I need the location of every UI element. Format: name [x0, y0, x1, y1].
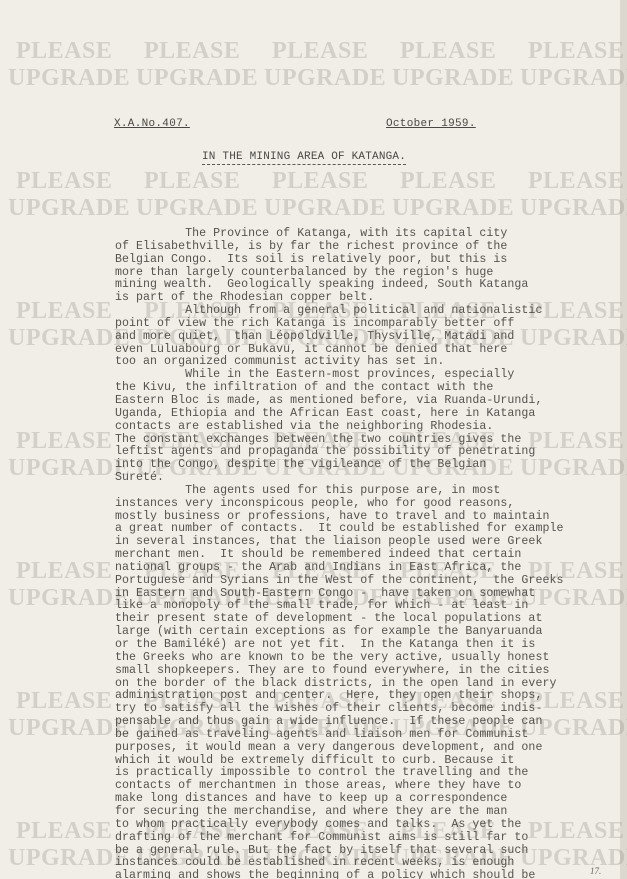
body-line: into the Congo, despite the vigileance o… [115, 459, 620, 472]
document-date: October 1959. [386, 118, 476, 130]
document-body: The Province of Katanga, with its capita… [115, 228, 620, 879]
body-line: of Elisabethville, is by far the richest… [115, 241, 620, 254]
body-line: Belgian Congo. Its soil is relatively po… [115, 254, 620, 267]
body-line: be gained as traveling agents and liaiso… [115, 729, 620, 742]
body-line: to whom practically everybody comes and … [115, 819, 620, 832]
body-line: pensable and thus gain a wide influence.… [115, 716, 620, 729]
body-line: drafting of the merchant for Communist a… [115, 832, 620, 845]
body-line: Portuguese and Syrians in the West of th… [115, 575, 620, 588]
body-line: contacts are established via the neighbo… [115, 421, 620, 434]
document-title: IN THE MINING AREA OF KATANGA. [202, 151, 406, 165]
document-content: X.A.No.407. October 1959. IN THE MINING … [0, 0, 620, 879]
body-line: Sureté. [115, 472, 620, 485]
body-line: Uganda, Ethiopia and the African East co… [115, 408, 620, 421]
body-line: alarming and shows the beginning of a po… [115, 870, 620, 879]
page-edge [620, 0, 627, 879]
page-number-mark: 17. [590, 866, 601, 876]
body-line: for securing the merchandise, and where … [115, 806, 620, 819]
body-line: small shopkeepers. They are to found eve… [115, 665, 620, 678]
body-line: instances very inconspicous people, who … [115, 498, 620, 511]
body-line: national groups - the Arab and Indians i… [115, 562, 620, 575]
body-line: point of view the rich Katanga is incomp… [115, 318, 620, 331]
body-line: Eastern Bloc is made, as mentioned befor… [115, 395, 620, 408]
body-line: The agents used for this purpose are, in… [115, 485, 620, 498]
document-reference: X.A.No.407. [114, 118, 190, 130]
body-line: purposes, it would mean a very dangerous… [115, 742, 620, 755]
body-line: Although from a general political and na… [115, 305, 620, 318]
body-line: merchant men. It should be remembered in… [115, 549, 620, 562]
body-line: or the Bamiléké) are not yet fit. In the… [115, 639, 620, 652]
body-line: and more quiet, than Léopoldville, Thysv… [115, 331, 620, 344]
body-line: The Province of Katanga, with its capita… [115, 228, 620, 241]
body-line: the Greeks who are known to be the very … [115, 652, 620, 665]
